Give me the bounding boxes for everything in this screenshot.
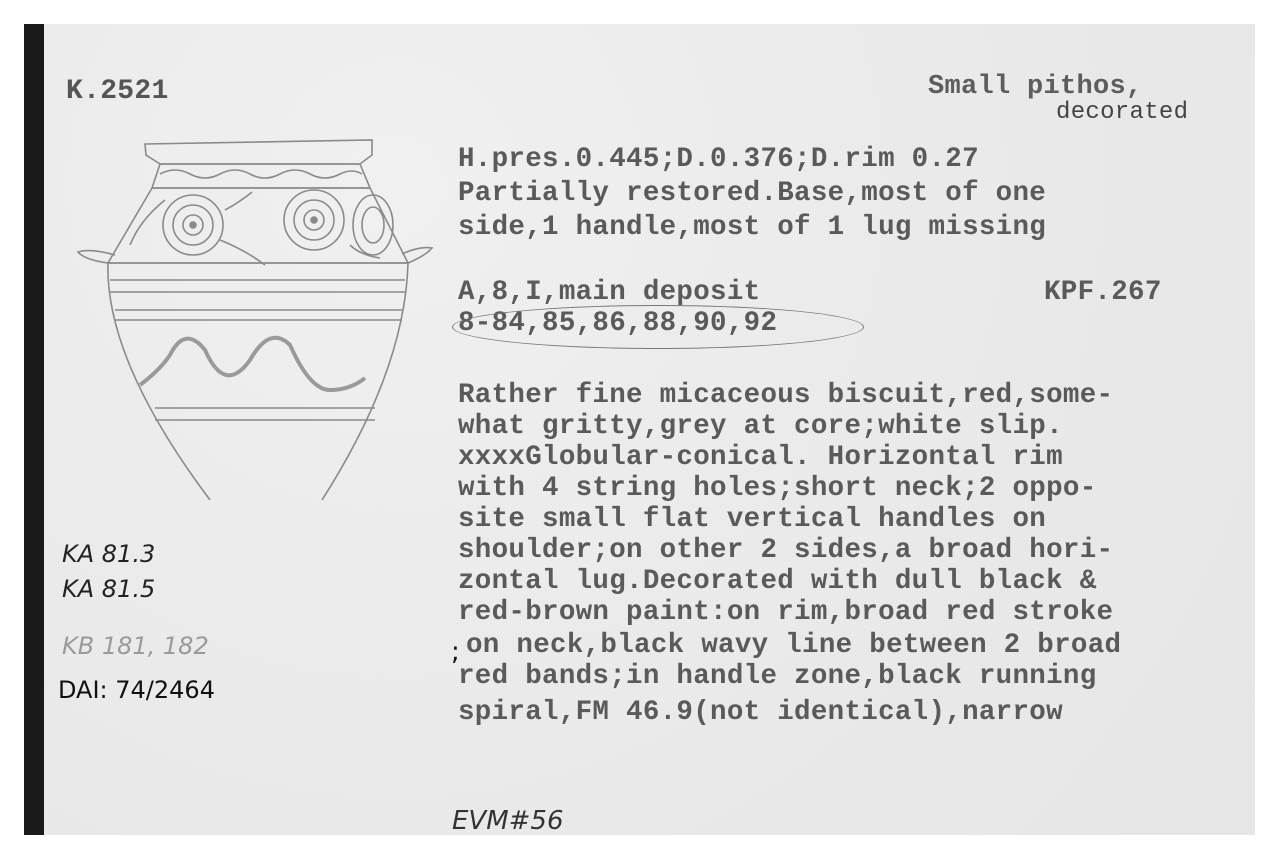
catalog-number: K.2521 xyxy=(66,76,169,107)
measurements: H.pres.0.445;D.0.376;D.rim 0.27 xyxy=(458,144,979,175)
kpf-number: KPF.267 xyxy=(1044,277,1162,308)
description-line: Rather fine micaceous biscuit,red,some- xyxy=(458,380,1113,411)
card-edge-shadow xyxy=(24,24,44,835)
description-line: spiral,FM 46.9(not identical),narrow xyxy=(458,697,1063,728)
handwritten-kb-ref: KB 181, 182 xyxy=(62,632,209,660)
findspot: A,8,I,main deposit xyxy=(458,277,760,308)
object-title: Small pithos, xyxy=(928,72,1143,102)
handwritten-evm-ref: EVM#56 xyxy=(452,806,564,836)
condition-line: Partially restored.Base,most of one xyxy=(458,178,1046,209)
margin-mark: ; xyxy=(451,637,460,667)
description-line: on neck,black wavy line between 2 broad xyxy=(466,630,1121,661)
handwritten-ka-ref: KA 81.5 xyxy=(62,575,155,603)
condition-line: side,1 handle,most of 1 lug missing xyxy=(458,212,1046,243)
pithos-drawing xyxy=(60,130,450,520)
description-line: xxxxGlobular-conical. Horizontal rim xyxy=(458,442,1063,473)
object-subtitle: decorated xyxy=(1056,99,1188,126)
context-circle-annotation xyxy=(452,305,864,349)
description-line: red bands;in handle zone,black running xyxy=(458,661,1097,692)
description-line: with 4 string holes;short neck;2 oppo- xyxy=(458,473,1097,504)
description-line: site small flat vertical handles on xyxy=(458,504,1046,535)
handwritten-dai-ref: DAI: 74/2464 xyxy=(58,676,215,704)
description-line: shoulder;on other 2 sides,a broad hori- xyxy=(458,535,1113,566)
handwritten-ka-ref: KA 81.3 xyxy=(62,540,155,568)
description-line: zontal lug.Decorated with dull black & xyxy=(458,566,1097,597)
description-line: red-brown paint:on rim,broad red stroke xyxy=(458,597,1113,628)
description-line: what gritty,grey at core;white slip. xyxy=(458,411,1063,442)
